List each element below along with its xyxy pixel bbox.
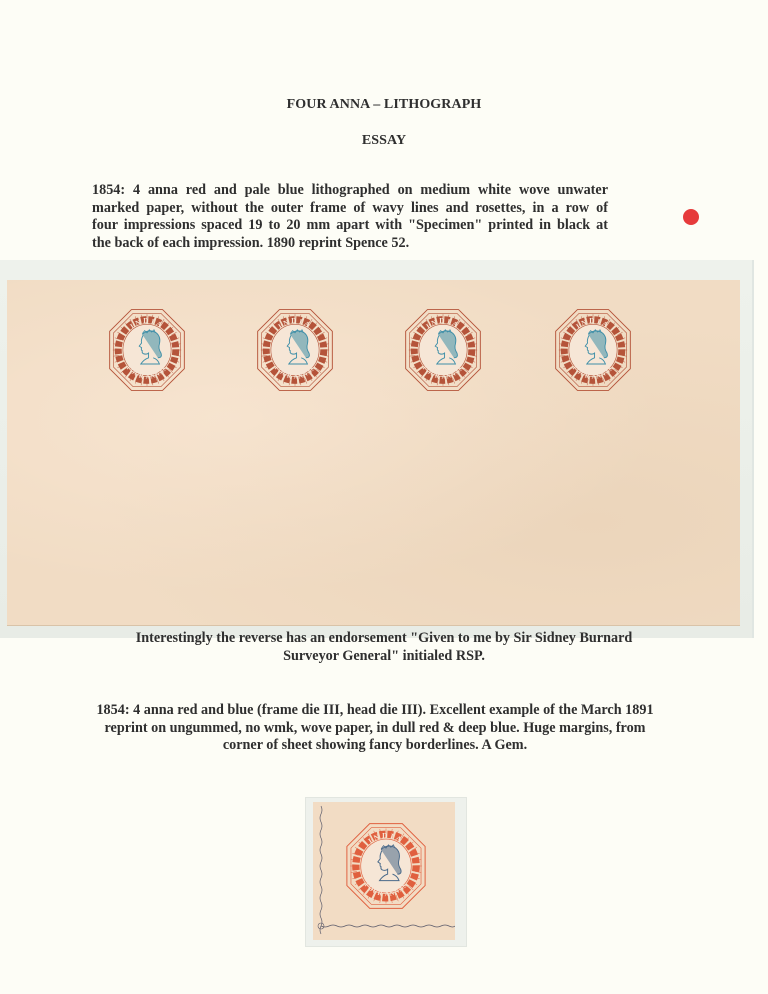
page-title: FOUR ANNA – LITHOGRAPH <box>0 97 768 113</box>
endorsement-note: Interestingly the reverse has an endorse… <box>110 630 658 665</box>
stamp-impression: INDIA FOUR ANNAS <box>404 308 482 392</box>
essay-description-line: four impressions spaced 19 to 20 mm apar… <box>92 217 608 235</box>
stamp-impression: INDIA FOUR ANNAS <box>345 822 427 910</box>
essay-description-line: the back of each impression. 1890 reprin… <box>92 235 608 253</box>
stamp-impression: INDIA FOUR ANNAS <box>108 308 186 392</box>
reprint-stamp-piece: INDIA FOUR ANNAS <box>313 802 455 940</box>
reprint-description: 1854: 4 anna red and blue (frame die III… <box>90 702 660 755</box>
essay-description-line: marked paper, without the outer frame of… <box>92 200 608 218</box>
red-dot-marker <box>683 209 699 225</box>
stamp-impression: INDIA FOUR ANNAS <box>256 308 334 392</box>
stamp-impression: INDIA FOUR ANNAS <box>554 308 632 392</box>
essay-description-line: 1854: 4 anna red and pale blue lithograp… <box>92 182 608 200</box>
essay-strip: INDIA FOUR ANNAS INDIA FOUR ANNAS <box>7 280 740 625</box>
essay-description: 1854: 4 anna red and pale blue lithograp… <box>92 182 608 252</box>
page-subtitle: ESSAY <box>0 133 768 149</box>
